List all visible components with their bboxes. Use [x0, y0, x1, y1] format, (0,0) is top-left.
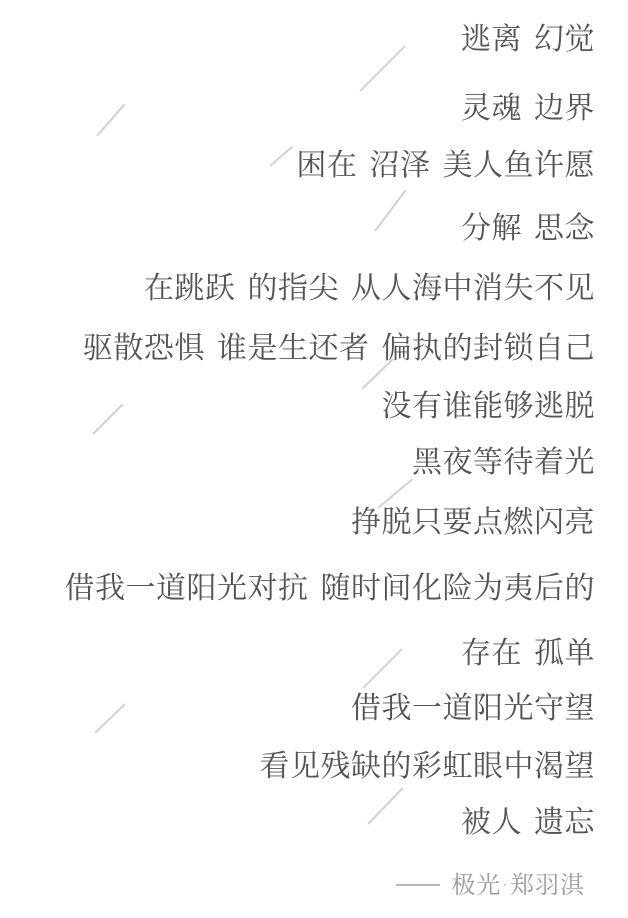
lyrics-poster: 逃离 幻觉 灵魂 边界 困在 沼泽 美人鱼许愿 分解 思念 在跳跃 的指尖 从人…: [0, 0, 628, 918]
slash-mark: [359, 45, 406, 92]
lyric-line: 在跳跃 的指尖 从人海中消失不见: [144, 273, 595, 305]
lyric-line: 分解 思念: [461, 213, 595, 245]
lyric-line: 被人 遗忘: [461, 807, 595, 839]
attribution-dash: [396, 884, 440, 886]
lyric-line: 挣脱只要点燃闪亮: [351, 507, 595, 539]
lyric-line: 看见残缺的彩虹眼中渴望: [260, 751, 596, 783]
attribution-text: 极光·郑羽淇: [451, 872, 585, 898]
lyric-line: 借我一道阳光对抗 随时间化险为夷后的: [64, 573, 595, 605]
lyric-line: 困在 沼泽 美人鱼许愿: [296, 150, 595, 182]
lyric-line: 借我一道阳光守望: [351, 693, 595, 725]
slash-mark: [269, 146, 293, 167]
slash-mark: [367, 787, 403, 824]
lyric-line: 逃离 幻觉: [461, 24, 595, 56]
slash-mark: [92, 404, 123, 435]
slash-mark: [362, 648, 402, 688]
lyric-line: 黑夜等待着光: [412, 447, 595, 479]
lyric-line: 驱散恐惧 谁是生还者 偏执的封锁自己: [83, 333, 595, 365]
lyric-line: 灵魂 边界: [461, 93, 595, 125]
lyric-line: 没有谁能够逃脱: [382, 391, 596, 423]
slash-mark: [96, 104, 125, 137]
attribution: 极光·郑羽淇: [396, 872, 585, 898]
slash-mark: [374, 190, 406, 232]
slash-mark: [94, 703, 126, 734]
lyric-line: 存在 孤单: [461, 638, 595, 670]
